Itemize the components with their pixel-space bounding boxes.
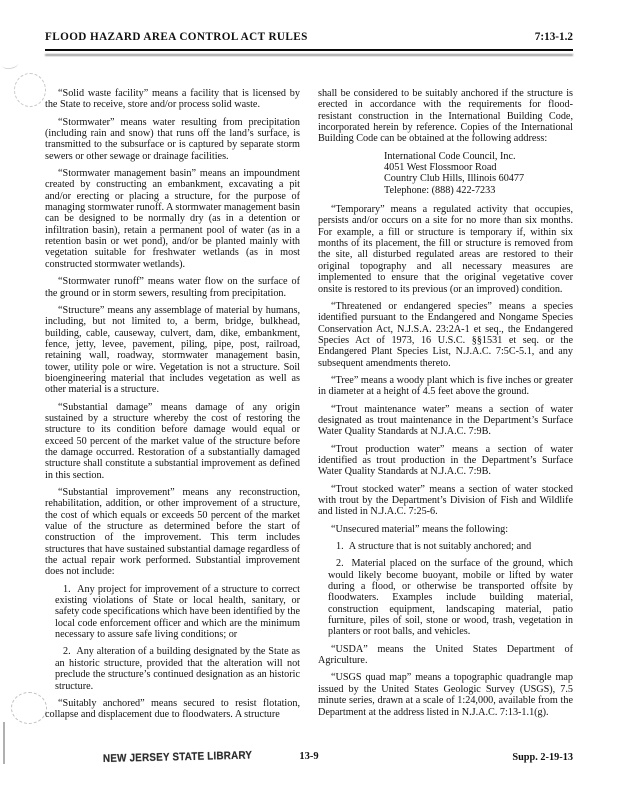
address-block: International Code Council, Inc. 4051 We… (384, 151, 573, 196)
scan-artifact-tick (1, 59, 18, 70)
definition-paragraph: “USGS quad map” means a topographic quad… (318, 672, 573, 717)
definition-paragraph: “Stormwater runoff” means water flow on … (45, 276, 300, 299)
list-item: 2. Any alteration of a building designat… (55, 646, 300, 691)
page-header-title: FLOOD HAZARD AREA CONTROL ACT RULES (45, 31, 308, 43)
list-item: 2. Material placed on the surface of the… (328, 558, 573, 637)
definition-paragraph: “Trout maintenance water” means a sectio… (318, 404, 573, 438)
supplement-date: Supp. 2-19-13 (512, 752, 573, 763)
definition-paragraph: “Stormwater” means water resulting from … (45, 117, 300, 162)
definition-paragraph: “Tree” means a woody plant which is five… (318, 375, 573, 398)
address-line: Telephone: (888) 422-7233 (384, 185, 573, 196)
definition-paragraph: “Threatened or endangered species” means… (318, 301, 573, 369)
definition-paragraph: “Unsecured material” means the following… (318, 524, 573, 535)
right-column: shall be considered to be suitably ancho… (318, 88, 573, 727)
definition-paragraph: “Trout stocked water” means a section of… (318, 484, 573, 518)
address-line: International Code Council, Inc. (384, 151, 573, 162)
address-line: 4051 West Flossmoor Road (384, 162, 573, 173)
definition-paragraph: “Substantial damage” means damage of any… (45, 402, 300, 481)
left-column: “Solid waste facility” means a facility … (45, 88, 300, 727)
two-column-body: “Solid waste facility” means a facility … (45, 88, 573, 727)
definition-paragraph: “USDA” means the United States Departmen… (318, 644, 573, 667)
definition-paragraph: “Suitably anchored” means secured to res… (45, 698, 300, 721)
continuation-paragraph: shall be considered to be suitably ancho… (318, 88, 573, 145)
scan-artifact-circle-bottom (11, 692, 47, 724)
definition-paragraph: “Solid waste facility” means a facility … (45, 88, 300, 111)
scan-artifact-circle-top (14, 73, 46, 107)
document-page: FLOOD HAZARD AREA CONTROL ACT RULES 7:13… (0, 0, 618, 800)
definition-paragraph: “Stormwater management basin” means an i… (45, 168, 300, 270)
page-header: FLOOD HAZARD AREA CONTROL ACT RULES 7:13… (45, 31, 573, 43)
list-item: 1. Any project for improvement of a stru… (55, 584, 300, 641)
header-rule (45, 49, 573, 51)
header-rule-shadow (45, 54, 573, 56)
section-number: 7:13-1.2 (535, 31, 573, 43)
definition-paragraph: “Temporary” means a regulated activity t… (318, 204, 573, 295)
definition-paragraph: “Trout production water” means a section… (318, 444, 573, 478)
address-line: Country Club Hills, Illinois 60477 (384, 173, 573, 184)
list-item: 1. A structure that is not suitably anch… (328, 541, 573, 552)
definition-paragraph: “Substantial improvement” means any reco… (45, 487, 300, 578)
definition-paragraph: “Structure” means any assemblage of mate… (45, 305, 300, 396)
